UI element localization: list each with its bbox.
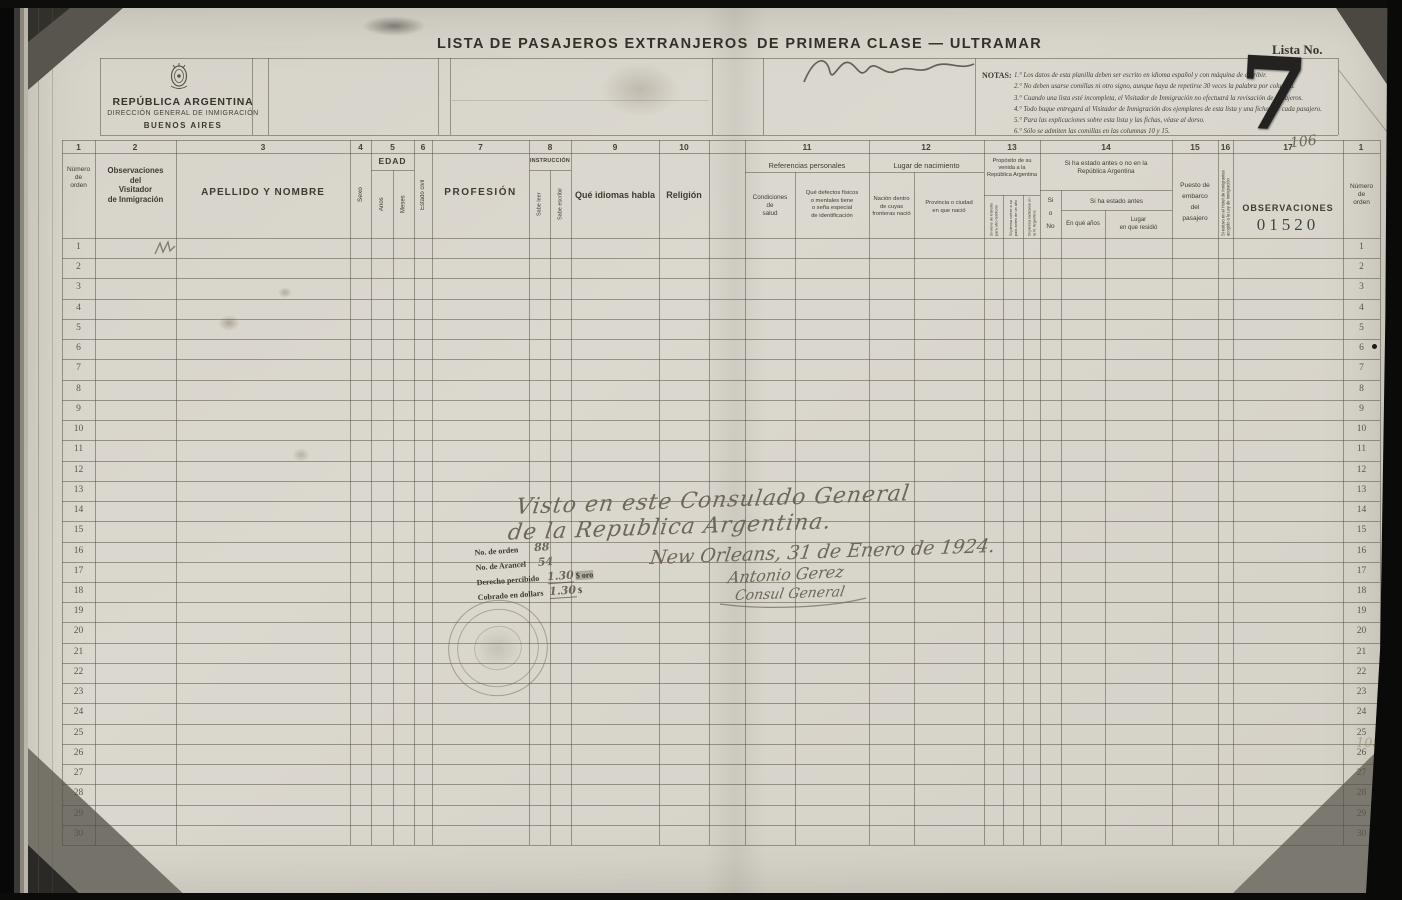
table-grid-line: [62, 153, 1380, 154]
row-number-left: 30: [62, 829, 95, 839]
scan-edge-bottom: [0, 893, 1402, 900]
row-number-left: 27: [62, 768, 95, 778]
row-number-left: 12: [62, 465, 95, 475]
table-grid-line: [62, 622, 1380, 623]
table-grid-line: [1023, 195, 1024, 845]
fee-orden-label: No. de orden: [474, 545, 518, 557]
row-number-right: 5: [1343, 323, 1380, 333]
table-grid-line: [1003, 195, 1004, 845]
row-number-right: 13: [1343, 485, 1380, 495]
col-header-lugar-residio: Lugar en que residió: [1105, 217, 1172, 232]
table-grid-line: [62, 724, 1380, 725]
column-number: 7: [466, 142, 496, 152]
column-number: 8: [535, 142, 565, 152]
header-box-line: [438, 58, 439, 135]
row-number-left: 4: [62, 303, 95, 313]
col-header-estado-civil: Estado civil: [414, 155, 432, 235]
column-number: 11: [792, 142, 822, 152]
column-number: 5: [378, 142, 408, 152]
table-grid-line: [1218, 140, 1219, 845]
row-number-left: 29: [62, 809, 95, 819]
org-direccion: DIRECCIÓN GENERAL DE INMIGRACIÓN: [103, 110, 263, 117]
argentina-coat-of-arms-icon: [168, 62, 190, 92]
col-header-proposito-transito: Si viene de tránsito para otro territori…: [984, 196, 1003, 236]
table-grid-line: [529, 170, 571, 171]
row-number-right: 18: [1343, 586, 1380, 596]
col-header-sexo: Sexo: [350, 155, 371, 235]
row-number-left: 20: [62, 626, 95, 636]
row-number-left: 28: [62, 788, 95, 798]
fee-arancel-value: 54: [537, 555, 553, 569]
table-grid-line: [62, 784, 1380, 785]
row-number-right: 8: [1343, 384, 1380, 394]
row-number-left: 19: [62, 606, 95, 616]
row-number-left: 10: [62, 424, 95, 434]
row-number-left: 18: [62, 586, 95, 596]
column-number: 9: [600, 142, 630, 152]
col-header-apellido-nombre: APELLIDO Y NOMBRE: [176, 187, 350, 198]
col-header-estado-antes-group: Si ha estado antes o no en la República …: [1040, 160, 1172, 176]
table-grid-line: [62, 420, 1380, 421]
table-grid-line: [1040, 140, 1041, 845]
table-grid-line: [62, 764, 1380, 765]
fee-derecho-label: Derecho percibido: [476, 574, 539, 587]
org-name: REPÚBLICA ARGENTINA: [108, 96, 258, 108]
row-number-right: 19: [1343, 606, 1380, 616]
row-number-left: 3: [62, 282, 95, 292]
document-scan: LISTA DE PASAJEROS EXTRANJEROS DE PRIMER…: [0, 0, 1402, 900]
table-grid-line: [62, 845, 1380, 846]
row-number-left: 15: [62, 525, 95, 535]
col-header-si-o-no: Si o No: [1040, 194, 1061, 233]
table-grid-line: [62, 663, 1380, 664]
row-number-right: 1: [1343, 242, 1380, 252]
table-grid-line: [62, 481, 1380, 482]
row-number-right: 15: [1343, 525, 1380, 535]
col-header-observaciones-visitador: Observaciones del Visitador de Inmigraci…: [95, 166, 176, 204]
column-number: 2: [120, 142, 150, 152]
table-grid-line: [62, 440, 1380, 441]
table-grid-line: [62, 744, 1380, 745]
paper-stain: [600, 62, 680, 117]
col-header-nacimiento-group: Lugar de nacimiento: [869, 161, 984, 170]
observaciones-serial-stamp: 01520: [1233, 215, 1343, 235]
paper-stain: [218, 315, 240, 331]
column-number: 3: [248, 142, 278, 152]
row-number-left: 13: [62, 485, 95, 495]
col-header-instruccion-group: INSTRUCCIÓN: [529, 158, 571, 164]
header-box-line: [450, 58, 451, 135]
fee-cobrado-value: 1.30: [549, 583, 577, 599]
col-header-en-que-anos: En qué años: [1061, 221, 1105, 227]
table-grid-line: [62, 542, 1380, 543]
table-grid-line: [1061, 210, 1172, 211]
table-grid-line: [62, 805, 1380, 806]
col-header-sabe-escribir: Sabe escribir: [550, 174, 571, 234]
document-title-left: LISTA DE PASAJEROS EXTRANJEROS: [437, 36, 749, 52]
table-grid-line: [745, 172, 984, 173]
column-number: 13: [997, 142, 1027, 152]
row-number-right: 25: [1343, 728, 1380, 738]
table-grid-line: [62, 339, 1380, 340]
row-number-right: 21: [1343, 647, 1380, 657]
table-grid-line: [62, 380, 1380, 381]
col-header-idiomas: Qué idiomas habla: [571, 190, 659, 200]
col-header-edad-group: EDAD: [371, 156, 414, 166]
table-grid-line: [62, 140, 1380, 141]
table-grid-line: [62, 278, 1380, 279]
row-number-left: 26: [62, 748, 95, 758]
row-number-left: 21: [62, 647, 95, 657]
row-number-right: 3: [1343, 282, 1380, 292]
col-header-provincia: Provincia o ciudad en que nació: [914, 200, 984, 215]
table-grid-line: [1040, 190, 1172, 191]
column-number: 14: [1091, 142, 1121, 152]
row-number-right: 7: [1343, 363, 1380, 373]
column-number: 4: [346, 142, 376, 152]
row-number-right: 23: [1343, 687, 1380, 697]
row-number-left: 9: [62, 404, 95, 414]
col-header-numero-orden-left: Número de orden: [62, 166, 95, 190]
row-number-left: 24: [62, 707, 95, 717]
table-grid-line: [414, 140, 415, 845]
col-header-hotel-inmigrantes: Si estuvo en el Hotel de Inmigrantes aco…: [1218, 156, 1233, 236]
table-grid-line: [62, 258, 1380, 259]
visitador-check-mark-icon: [152, 240, 178, 257]
row-number-right: 17: [1343, 566, 1380, 576]
col-header-religion: Religión: [659, 190, 709, 200]
table-grid-line: [62, 359, 1380, 360]
row-number-left: 6: [62, 343, 95, 353]
col-header-sabe-leer: Sabe leer: [529, 174, 550, 234]
col-header-profesion: PROFESIÓN: [432, 187, 529, 198]
org-city: BUENOS AIRES: [108, 121, 258, 130]
table-grid-line: [371, 170, 414, 171]
row-number-right: 4: [1343, 303, 1380, 313]
table-grid-line: [984, 140, 985, 845]
col-header-observaciones: OBSERVACIONES: [1233, 203, 1343, 213]
row-number-right: 24: [1343, 707, 1380, 717]
signature-flourish-icon: [718, 594, 868, 610]
fee-arancel-label: No. de Arancel: [475, 560, 526, 572]
row-number-left: 25: [62, 728, 95, 738]
table-grid-line: [1233, 140, 1234, 845]
column-number: 1: [64, 142, 94, 152]
col-header-nacion: Nación dentro de cuyas fronteras nació: [869, 196, 914, 219]
row-number-right: 10: [1343, 424, 1380, 434]
row-number-left: 17: [62, 566, 95, 576]
col-header-meses: Meses: [393, 174, 414, 234]
scan-edge-left: [0, 0, 28, 900]
table-grid-line: [529, 140, 530, 845]
row-number-left: 1: [62, 242, 95, 252]
table-grid-line: [100, 58, 1338, 59]
table-grid-line: [62, 643, 1380, 644]
big-ink-number: 7: [1236, 46, 1310, 142]
row-number-right: 6: [1343, 343, 1380, 353]
col-header-condiciones-salud: Condiciones de salud: [745, 194, 795, 218]
voyage-divider-line: [452, 100, 708, 101]
table-grid-line: [1172, 140, 1173, 845]
col-header-defectos: Qué defectos físicos o mentales tiene o …: [795, 190, 869, 220]
col-header-proposito-group: Propósito de su venida a la República Ar…: [984, 158, 1040, 179]
table-grid-line: [62, 299, 1380, 300]
header-box-line: [100, 58, 101, 135]
col-header-puesto-embarco: Puesto de embarco del pasajero: [1172, 180, 1218, 224]
row-number-left: 8: [62, 384, 95, 394]
table-grid-line: [95, 140, 96, 845]
captain-signature-flourish-icon: [800, 50, 980, 90]
col-header-proposito-radicarse: Si piensa radicarse en la R. Argentina: [1023, 196, 1040, 236]
row-number-left: 23: [62, 687, 95, 697]
table-grid-line: [62, 400, 1380, 401]
col-header-numero-orden-right: Número de orden: [1343, 183, 1380, 207]
row-number-right: 16: [1343, 546, 1380, 556]
ink-smudge: [362, 16, 426, 36]
row-number-right: 14: [1343, 505, 1380, 515]
table-grid-line: [62, 238, 1380, 239]
scan-edge-top: [0, 0, 1402, 8]
col-header-referencias-group: Referencias personales: [745, 161, 869, 170]
fee-orden-value: 88: [534, 540, 550, 554]
table-grid-line: [62, 825, 1380, 826]
row-number-left: 22: [62, 667, 95, 677]
table-grid-line: [350, 140, 351, 845]
row-number-left: 7: [62, 363, 95, 373]
col-header-anos: Años: [371, 174, 393, 234]
notas-heading: NOTAS:: [982, 71, 1012, 80]
column-number: 12: [911, 142, 941, 152]
table-grid-line: [62, 461, 1380, 462]
row-number-left: 2: [62, 262, 95, 272]
row-number-right: 11: [1343, 444, 1380, 454]
header-box-line: [268, 58, 269, 135]
row-number-left: 5: [62, 323, 95, 333]
header-box-line: [763, 58, 764, 135]
table-grid-line: [62, 319, 1380, 320]
header-box-line: [1338, 58, 1339, 135]
row-number-right: 2: [1343, 262, 1380, 272]
table-grid-line: [432, 140, 433, 845]
table-grid-line: [62, 582, 1380, 583]
paper-stain: [292, 448, 310, 462]
col-header-si-ha-estado-antes: Si ha estado antes: [1061, 198, 1172, 205]
table-grid-line: [62, 683, 1380, 684]
page-binding-crease: [38, 7, 39, 893]
table-grid-line: [371, 140, 372, 845]
column-number: 15: [1180, 142, 1210, 152]
row-number-right: 22: [1343, 667, 1380, 677]
row-number-right: 12: [1343, 465, 1380, 475]
header-box-line: [712, 58, 713, 135]
table-grid-line: [1105, 210, 1106, 845]
paper-stain: [278, 287, 292, 298]
table-grid-line: [1061, 190, 1062, 845]
column-number: 1: [1346, 142, 1376, 152]
column-number: 6: [408, 142, 438, 152]
fee-derecho-unit: $ oro: [576, 570, 594, 580]
page-binding-crease: [52, 7, 53, 893]
row-number-left: 11: [62, 444, 95, 454]
row-number-right: 20: [1343, 626, 1380, 636]
fee-stamp-block: No. de orden 88 No. de Arancel 54 Derech…: [474, 535, 628, 605]
col-header-proposito-volver: Si piensa volver a su país antes de un a…: [1003, 196, 1023, 236]
fee-derecho-value: 1.30: [547, 568, 575, 584]
table-grid-line: [62, 703, 1380, 704]
row-number-left: 16: [62, 546, 95, 556]
row-number-right: 9: [1343, 404, 1380, 414]
column-number: 10: [669, 142, 699, 152]
row-number-left: 14: [62, 505, 95, 515]
fee-cobrado-unit: $: [578, 586, 583, 595]
